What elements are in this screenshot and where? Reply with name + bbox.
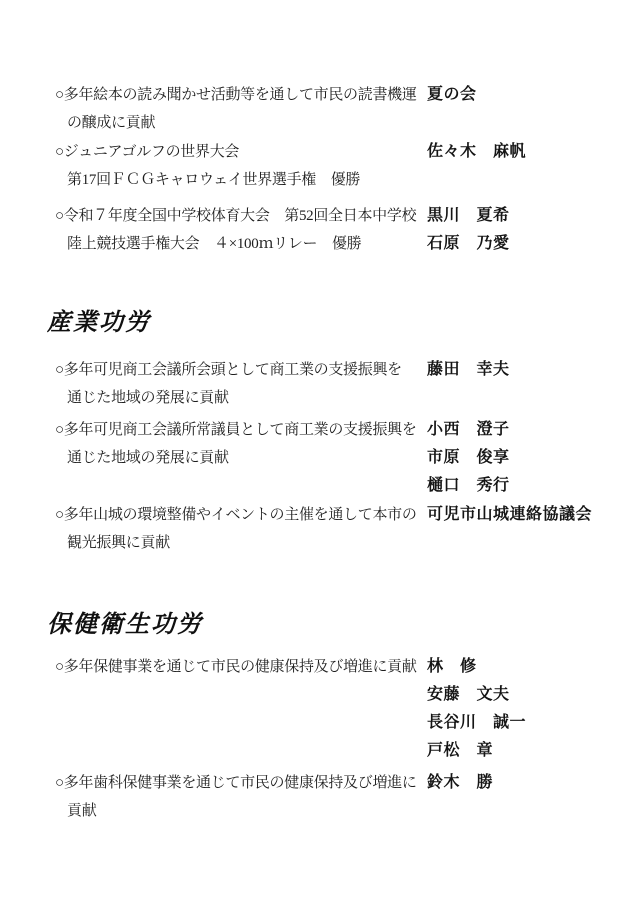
recipient-name: 市原 俊享 — [427, 446, 595, 474]
description-line: 通じた地域の発展に貢献 — [55, 446, 425, 474]
description-line: 第17回ＦＣＧキャロウェイ世界選手権 優勝 — [55, 168, 425, 196]
recipient-name: 黒川 夏希 — [427, 204, 595, 232]
award-description: ○多年山城の環境整備やイベントの主催を通して本市の 観光振興に貢献 — [55, 503, 425, 559]
recipient-name: 安藤 文夫 — [427, 683, 595, 711]
description-line: ○多年可児商工会議所会頭として商工業の支援振興を — [55, 358, 425, 386]
section-heading-industry: 産業功労 — [47, 308, 151, 338]
document-page: ○多年絵本の読み聞かせ活動等を通して市民の読書機運 の醸成に貢献 夏の会 ○ジュ… — [0, 0, 640, 910]
recipient-name: 長谷川 誠一 — [427, 711, 595, 739]
award-recipients: 林 修 安藤 文夫 長谷川 誠一 戸松 章 — [427, 655, 595, 767]
award-recipients: 可児市山城連絡協議会 — [427, 503, 595, 531]
award-description: ○ジュニアゴルフの世界大会 第17回ＦＣＧキャロウェイ世界選手権 優勝 — [55, 140, 425, 196]
description-line: ○多年歯科保健事業を通じて市民の健康保持及び増進に — [55, 771, 425, 799]
description-line: ○多年保健事業を通じて市民の健康保持及び増進に貢献 — [55, 655, 425, 683]
section-heading-health: 保健衛生功労 — [47, 610, 203, 640]
award-recipients: 佐々木 麻帆 — [427, 140, 595, 168]
recipient-name: 戸松 章 — [427, 739, 595, 767]
description-line: ○多年山城の環境整備やイベントの主催を通して本市の — [55, 503, 425, 531]
recipient-name: 林 修 — [427, 655, 595, 683]
description-line: 観光振興に貢献 — [55, 531, 425, 559]
award-recipients: 夏の会 — [427, 83, 595, 111]
recipient-name: 鈴木 勝 — [427, 771, 595, 799]
description-line: の醸成に貢献 — [55, 111, 425, 139]
award-recipients: 藤田 幸夫 — [427, 358, 595, 386]
description-line: ○多年可児商工会議所常議員として商工業の支援振興を — [55, 418, 425, 446]
award-description: ○多年保健事業を通じて市民の健康保持及び増進に貢献 — [55, 655, 425, 683]
recipient-name: 可児市山城連絡協議会 — [427, 503, 595, 531]
award-recipients: 鈴木 勝 — [427, 771, 595, 799]
description-line: 貢献 — [55, 799, 425, 827]
description-line: 通じた地域の発展に貢献 — [55, 386, 425, 414]
description-line: ○令和７年度全国中学校体育大会 第52回全日本中学校 — [55, 204, 425, 232]
award-description: ○多年歯科保健事業を通じて市民の健康保持及び増進に 貢献 — [55, 771, 425, 827]
description-line: 陸上競技選手権大会 ４×100ｍリレー 優勝 — [55, 232, 425, 260]
recipient-name: 小西 澄子 — [427, 418, 595, 446]
recipient-name: 樋口 秀行 — [427, 474, 595, 502]
award-description: ○多年可児商工会議所常議員として商工業の支援振興を 通じた地域の発展に貢献 — [55, 418, 425, 474]
award-description: ○多年可児商工会議所会頭として商工業の支援振興を 通じた地域の発展に貢献 — [55, 358, 425, 414]
award-description: ○令和７年度全国中学校体育大会 第52回全日本中学校 陸上競技選手権大会 ４×1… — [55, 204, 425, 260]
recipient-name: 藤田 幸夫 — [427, 358, 595, 386]
description-line: ○多年絵本の読み聞かせ活動等を通して市民の読書機運 — [55, 83, 425, 111]
recipient-name: 石原 乃愛 — [427, 232, 595, 260]
award-recipients: 黒川 夏希 石原 乃愛 — [427, 204, 595, 260]
award-recipients: 小西 澄子 市原 俊享 樋口 秀行 — [427, 418, 595, 502]
recipient-name: 夏の会 — [427, 83, 595, 111]
award-description: ○多年絵本の読み聞かせ活動等を通して市民の読書機運 の醸成に貢献 — [55, 83, 425, 139]
description-line: ○ジュニアゴルフの世界大会 — [55, 140, 425, 168]
recipient-name: 佐々木 麻帆 — [427, 140, 595, 168]
